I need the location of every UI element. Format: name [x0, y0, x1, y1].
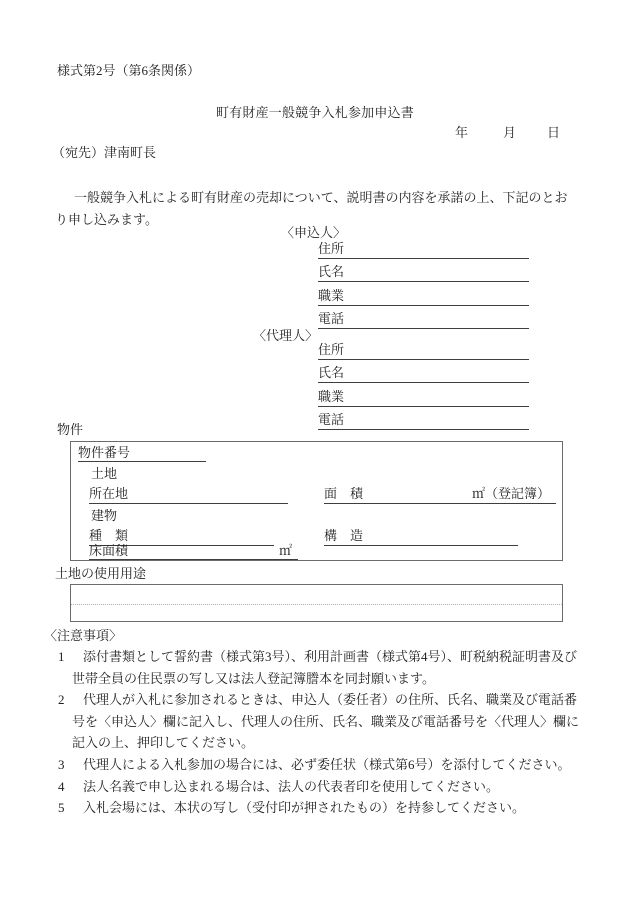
field-label: 職業: [318, 390, 344, 404]
month-label: 月: [503, 125, 516, 140]
note-number: 5: [58, 797, 83, 819]
floor-area-unit-label: ㎡: [279, 544, 298, 558]
note-text: 法人名義で申し込まれる場合は、法人の代表者印を使用してください。: [83, 779, 499, 794]
property-heading: 物件: [57, 423, 83, 437]
field-label: 物件番号: [78, 446, 130, 460]
land-use-heading: 土地の使用用途: [55, 567, 146, 581]
note-item-5: 5入札会場には、本状の写し（受付印が押されたもの）を持参してください。: [58, 797, 585, 819]
applicant-phone-row: 電話: [318, 312, 529, 329]
day-label: 日: [547, 125, 560, 140]
applicant-occupation-row: 職業: [318, 289, 529, 306]
note-item-1: 1添付書類として誓約書（様式第3号）、利用計画書（様式第4号）、町税納税証明書及…: [58, 646, 585, 689]
note-text: 添付書類として誓約書（様式第3号）、利用計画書（様式第4号）、町税納税証明書及び…: [72, 649, 577, 686]
note-text: 代理人による入札参加の場合には、必ず委任状（様式第6号）を添付してください。: [83, 757, 571, 772]
year-label: 年: [455, 125, 468, 140]
field-label: 床面積: [89, 544, 128, 558]
body-paragraph: 一般競争入札による町有財産の売却について、説明書の内容を承諾の上、下記のとおり申…: [55, 187, 577, 230]
note-number: 1: [58, 646, 83, 668]
building-structure-field: 構 造: [324, 529, 518, 546]
building-section-label: 建物: [91, 509, 117, 523]
land-area-field: 面 積 ㎡（登記簿）: [324, 487, 556, 504]
notes-heading: 〈注意事項〉: [44, 629, 122, 643]
agent-address-row: 住所: [318, 343, 529, 360]
addressee: （宛先）津南町長: [52, 146, 156, 160]
field-label: 所在地: [89, 487, 128, 501]
field-label: 面 積: [324, 487, 363, 501]
field-label: 構 造: [324, 529, 363, 543]
applicant-address-row: 住所: [318, 242, 529, 259]
form-number: 様式第2号（第6条関係）: [57, 64, 200, 78]
note-item-4: 4法人名義で申し込まれる場合は、法人の代表者印を使用してください。: [58, 776, 585, 798]
land-section-label: 土地: [91, 467, 117, 481]
field-label: 種 類: [89, 529, 128, 543]
property-box: 物件番号 土地 所在地 面 積 ㎡（登記簿） 建物 種 類 構 造 床面積 ㎡: [70, 441, 563, 561]
floor-area-field: 床面積 ㎡: [89, 544, 298, 560]
date-line: 年月日: [455, 126, 560, 140]
note-number: 4: [58, 776, 83, 798]
field-label: 電話: [318, 413, 344, 427]
agent-phone-row: 電話: [318, 413, 529, 430]
applicant-heading: 〈申込人〉: [281, 226, 346, 240]
note-item-3: 3代理人による入札参加の場合には、必ず委任状（様式第6号）を添付してください。: [58, 754, 585, 776]
agent-name-row: 氏名: [318, 366, 529, 383]
field-label: 氏名: [318, 366, 344, 380]
land-use-value-bottom: [71, 604, 562, 623]
note-number: 3: [58, 754, 83, 776]
note-text: 入札会場には、本状の写し（受付印が押されたもの）を持参してください。: [83, 800, 525, 815]
note-item-2: 2代理人が入札に参加されるときは、申込人（委任者）の住所、氏名、職業及び電話番号…: [58, 689, 585, 754]
notes-list: 1添付書類として誓約書（様式第3号）、利用計画書（様式第4号）、町税納税証明書及…: [58, 646, 585, 819]
area-unit-label: ㎡（登記簿）: [472, 487, 556, 501]
field-label: 氏名: [318, 265, 344, 279]
land-use-value-top: [71, 585, 562, 604]
field-label: 電話: [318, 312, 344, 326]
application-form-page: 様式第2号（第6条関係） 町有財産一般競争入札参加申込書 年月日 （宛先）津南町…: [0, 0, 630, 903]
field-label: 職業: [318, 289, 344, 303]
agent-occupation-row: 職業: [318, 390, 529, 407]
field-label: 住所: [318, 343, 344, 357]
property-number-field: 物件番号: [78, 446, 206, 462]
note-text: 代理人が入札に参加されるときは、申込人（委任者）の住所、氏名、職業及び電話番号を…: [72, 692, 579, 750]
field-label: 住所: [318, 242, 344, 256]
agent-heading: 〈代理人〉: [253, 329, 318, 343]
land-use-box: [70, 584, 563, 622]
land-location-field: 所在地: [89, 487, 288, 504]
note-number: 2: [58, 689, 83, 711]
applicant-name-row: 氏名: [318, 265, 529, 282]
page-title: 町有財産一般競争入札参加申込書: [0, 106, 630, 120]
